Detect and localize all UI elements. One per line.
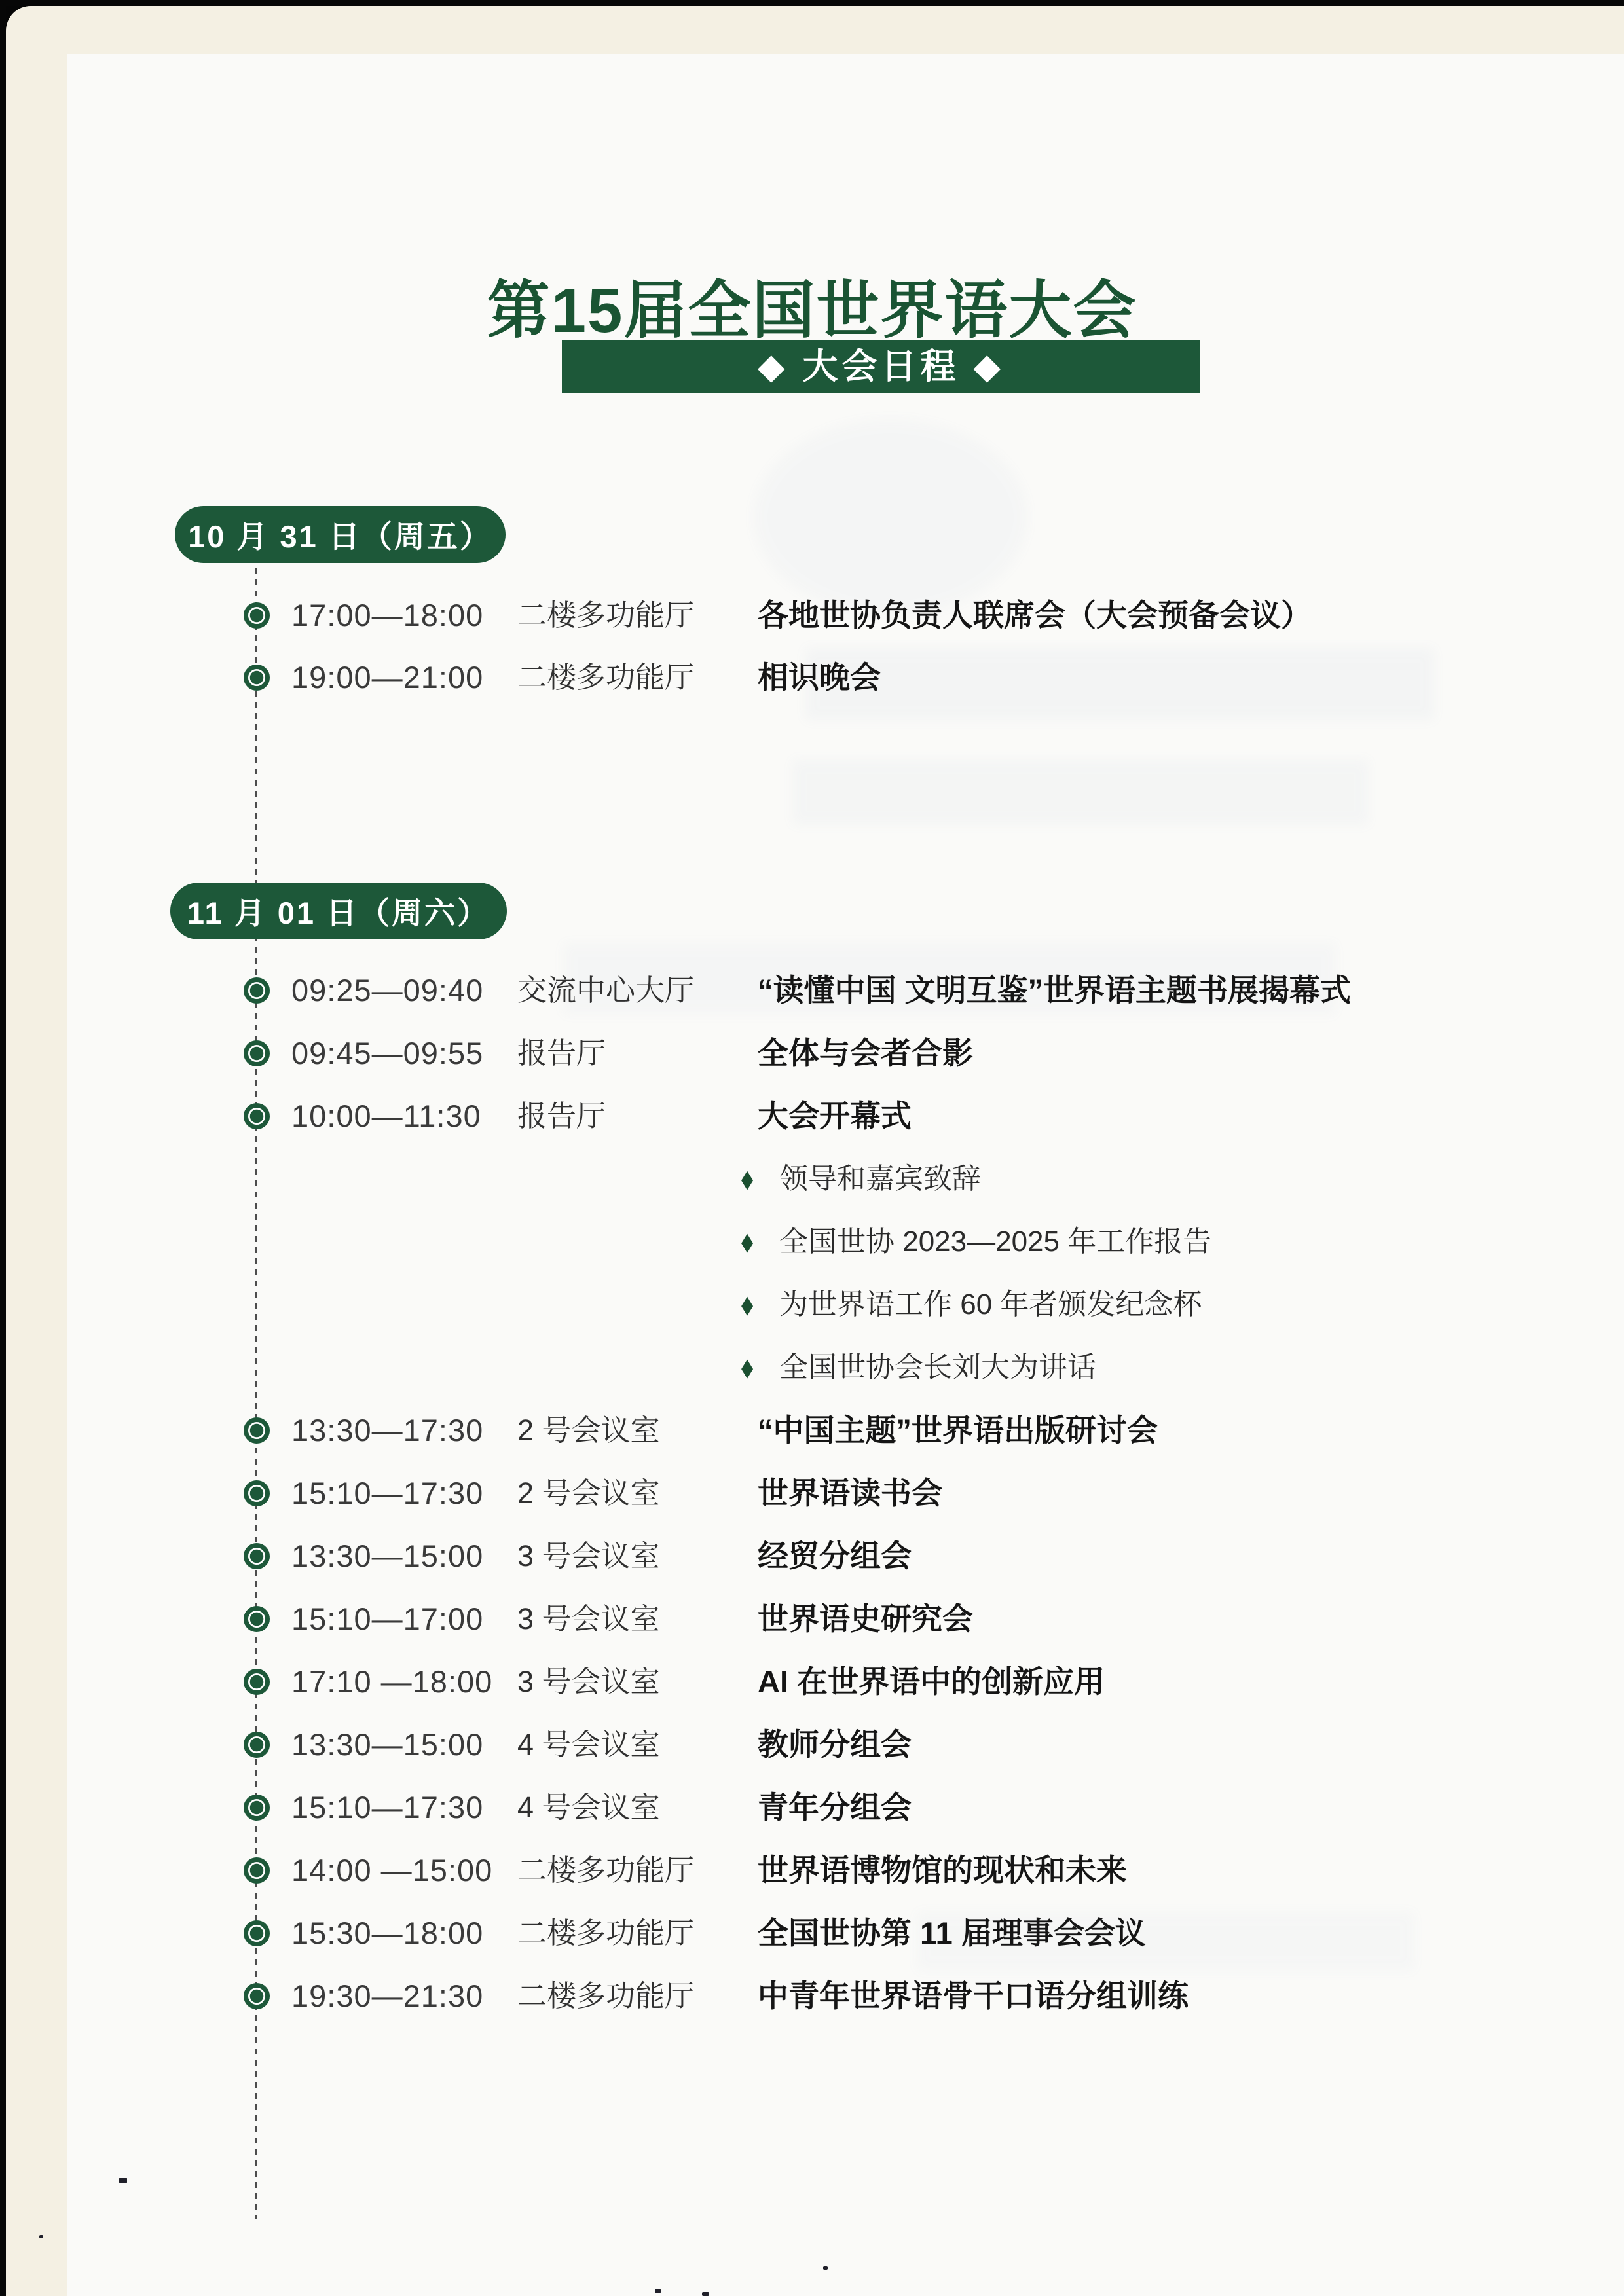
bleed-through <box>753 419 1028 615</box>
subitem-text: 全国世协 2023—2025 年工作报告 <box>779 1222 1211 1262</box>
date-pill: 10 月 31 日（周五） <box>175 506 506 563</box>
event-bullet-icon <box>244 1606 270 1632</box>
bleed-through <box>792 759 1369 825</box>
subitem-text: 领导和嘉宾致辞 <box>779 1159 981 1199</box>
event-bullet-icon <box>244 1103 270 1129</box>
event-bullet-icon <box>244 1480 270 1506</box>
event-row: 13:30—17:302 号会议室“中国主题”世界语出版研讨会 <box>0 1410 1624 1451</box>
event-title: “读懂中国 文明互鉴”世界语主题书展揭幕式 <box>758 970 1351 1011</box>
scan-speck <box>119 2178 127 2183</box>
event-place: 二楼多功能厅 <box>517 1850 694 1891</box>
event-place: 二楼多功能厅 <box>517 1912 694 1954</box>
event-title: 相识晚会 <box>758 657 881 699</box>
diamond-bullet-icon: ◆ <box>741 1228 753 1256</box>
event-row: 14:00 —15:00二楼多功能厅世界语博物馆的现状和未来 <box>0 1850 1624 1891</box>
event-bullet-icon <box>244 1417 270 1444</box>
event-row: 10:00—11:30报告厅大会开幕式 <box>0 1095 1624 1137</box>
event-bullet-icon <box>244 665 270 691</box>
date-pill-label: 11 月 01 日（周六） <box>187 889 490 933</box>
event-time: 17:10 —18:00 <box>291 1661 492 1703</box>
event-time: 13:30—15:00 <box>291 1535 483 1577</box>
event-row: 17:00—18:00二楼多功能厅各地世协负责人联席会（大会预备会议） <box>0 594 1624 636</box>
event-row: 15:30—18:00二楼多功能厅全国世协第 11 届理事会会议 <box>0 1912 1624 1954</box>
event-title: 各地世协负责人联席会（大会预备会议） <box>758 594 1312 636</box>
event-row: 19:30—21:30二楼多功能厅中青年世界语骨干口语分组训练 <box>0 1975 1624 2017</box>
event-time: 19:00—21:00 <box>291 657 483 699</box>
diamond-bullet-icon: ◆ <box>741 1353 753 1382</box>
event-title: 经贸分组会 <box>758 1535 912 1577</box>
event-time: 15:10—17:30 <box>291 1787 483 1829</box>
event-bullet-icon <box>244 1920 270 1946</box>
event-title: 全国世协第 11 届理事会会议 <box>758 1912 1146 1954</box>
event-title: 世界语读书会 <box>758 1472 942 1514</box>
date-pill-label: 10 月 31 日（周五） <box>188 513 492 556</box>
subitem-text: 全国世协会长刘大为讲话 <box>779 1348 1096 1387</box>
scanner-edge-top <box>0 0 1624 6</box>
event-subitem-row: ◆领导和嘉宾致辞 <box>0 1159 1624 1199</box>
event-time: 13:30—15:00 <box>291 1724 483 1766</box>
event-bullet-icon <box>244 1040 270 1066</box>
subtitle-text: ◆ 大会日程 ◆ <box>758 340 1005 393</box>
event-time: 13:30—17:30 <box>291 1410 483 1451</box>
event-bullet-icon <box>244 1732 270 1758</box>
event-place: 2 号会议室 <box>517 1472 660 1514</box>
diamond-bullet-icon: ◆ <box>741 1290 753 1319</box>
event-place: 2 号会议室 <box>517 1410 660 1451</box>
event-time: 10:00—11:30 <box>291 1095 481 1137</box>
scan-speck <box>823 2266 828 2270</box>
event-bullet-icon <box>244 1983 270 2009</box>
event-bullet-icon <box>244 1543 270 1569</box>
event-place: 4 号会议室 <box>517 1724 660 1766</box>
diamond-bullet-icon: ◆ <box>741 1165 753 1194</box>
event-time: 09:45—09:55 <box>291 1032 483 1074</box>
event-row: 09:25—09:40交流中心大厅“读懂中国 文明互鉴”世界语主题书展揭幕式 <box>0 970 1624 1011</box>
event-place: 4 号会议室 <box>517 1787 660 1829</box>
event-place: 报告厅 <box>517 1095 606 1137</box>
event-title: 大会开幕式 <box>758 1095 912 1137</box>
event-title: 全体与会者合影 <box>758 1032 973 1074</box>
event-time: 15:30—18:00 <box>291 1912 483 1954</box>
event-time: 09:25—09:40 <box>291 970 483 1011</box>
subitem-text: 为世界语工作 60 年者颁发纪念杯 <box>779 1285 1202 1324</box>
event-place: 二楼多功能厅 <box>517 657 694 699</box>
event-title: AI 在世界语中的创新应用 <box>758 1661 1105 1703</box>
scan-speck <box>655 2289 661 2293</box>
event-row: 15:10—17:304 号会议室青年分组会 <box>0 1787 1624 1829</box>
event-subitem-row: ◆全国世协 2023—2025 年工作报告 <box>0 1222 1624 1262</box>
event-bullet-icon <box>244 1795 270 1821</box>
scan-speck <box>702 2292 709 2296</box>
event-bullet-icon <box>244 977 270 1004</box>
event-place: 二楼多功能厅 <box>517 594 694 636</box>
event-bullet-icon <box>244 1669 270 1695</box>
event-place: 报告厅 <box>517 1032 606 1074</box>
scanned-program-page: 第15届全国世界语大会 ◆ 大会日程 ◆ 10 月 31 日（周五）17:00—… <box>0 0 1624 2296</box>
event-subitem-row: ◆为世界语工作 60 年者颁发纪念杯 <box>0 1285 1624 1324</box>
event-place: 3 号会议室 <box>517 1598 660 1640</box>
event-title: 世界语史研究会 <box>758 1598 973 1640</box>
event-title: “中国主题”世界语出版研讨会 <box>758 1410 1158 1451</box>
event-bullet-icon <box>244 1857 270 1884</box>
event-time: 17:00—18:00 <box>291 594 483 636</box>
event-place: 3 号会议室 <box>517 1661 660 1703</box>
event-row: 13:30—15:003 号会议室经贸分组会 <box>0 1535 1624 1577</box>
event-title: 世界语博物馆的现状和未来 <box>758 1850 1127 1891</box>
event-time: 19:30—21:30 <box>291 1975 483 2017</box>
event-title: 中青年世界语骨干口语分组训练 <box>758 1975 1189 2017</box>
event-place: 二楼多功能厅 <box>517 1975 694 2017</box>
event-time: 14:00 —15:00 <box>291 1850 492 1891</box>
event-row: 17:10 —18:003 号会议室AI 在世界语中的创新应用 <box>0 1661 1624 1703</box>
date-pill: 11 月 01 日（周六） <box>170 883 507 939</box>
event-row: 19:00—21:00二楼多功能厅相识晚会 <box>0 657 1624 699</box>
event-time: 15:10—17:00 <box>291 1598 483 1640</box>
event-bullet-icon <box>244 602 270 629</box>
page-title: 第15届全国世界语大会 <box>0 261 1624 350</box>
event-row: 15:10—17:302 号会议室世界语读书会 <box>0 1472 1624 1514</box>
event-title: 青年分组会 <box>758 1787 912 1829</box>
event-title: 教师分组会 <box>758 1724 912 1766</box>
event-row: 13:30—15:004 号会议室教师分组会 <box>0 1724 1624 1766</box>
event-row: 15:10—17:003 号会议室世界语史研究会 <box>0 1598 1624 1640</box>
event-subitem-row: ◆全国世协会长刘大为讲话 <box>0 1348 1624 1387</box>
event-place: 3 号会议室 <box>517 1535 660 1577</box>
subtitle-banner: ◆ 大会日程 ◆ <box>562 340 1200 393</box>
event-place: 交流中心大厅 <box>517 970 694 1011</box>
event-row: 09:45—09:55报告厅全体与会者合影 <box>0 1032 1624 1074</box>
event-time: 15:10—17:30 <box>291 1472 483 1514</box>
scan-speck <box>39 2235 43 2238</box>
